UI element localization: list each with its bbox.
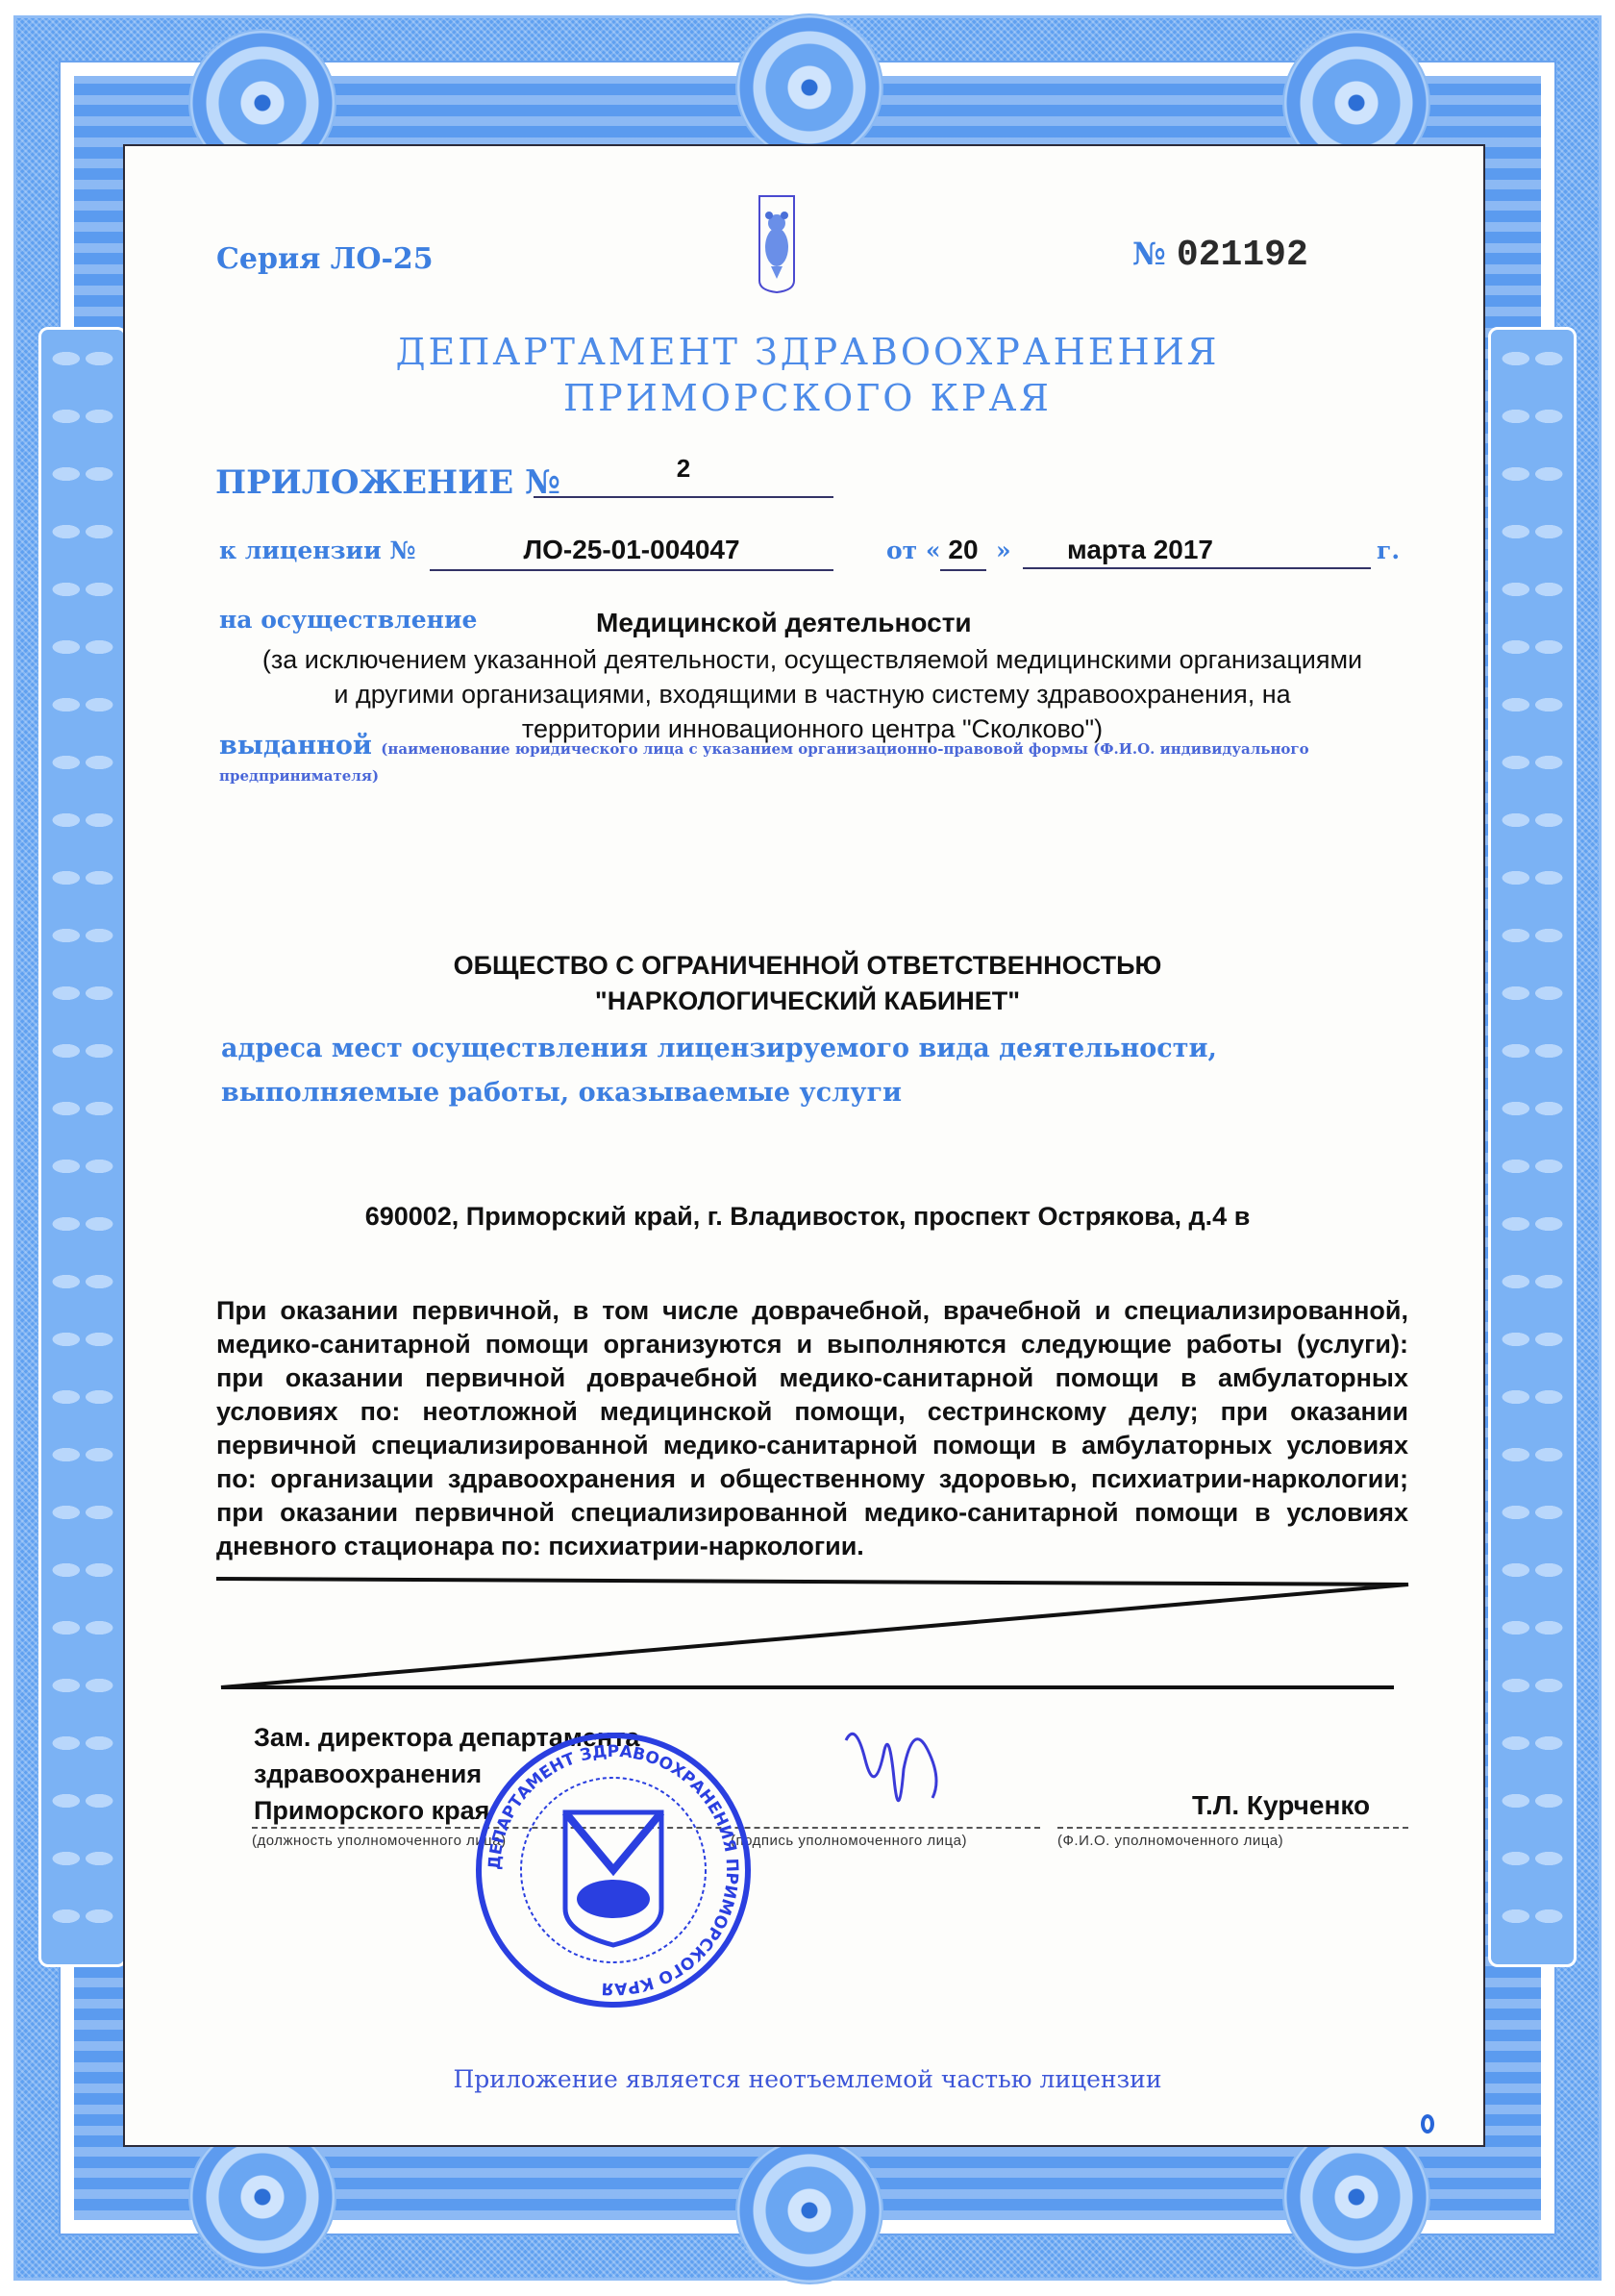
page-mark-icon — [1421, 2114, 1434, 2134]
caption-name: (Ф.И.О. уполномоченного лица) — [1057, 1833, 1283, 1849]
services-description: При оказании первичной, в том числе довр… — [216, 1294, 1408, 1563]
activity-label: на осуществление — [219, 606, 477, 634]
license-label: к лицензии № — [219, 537, 416, 564]
rosette-top-center-icon — [735, 13, 883, 162]
year-suffix: г. — [1377, 537, 1400, 564]
name-underline — [1057, 1827, 1408, 1829]
form-number: № 021192 — [1132, 235, 1308, 276]
right-ornament-panel — [1488, 327, 1577, 1967]
date-mid: » — [996, 537, 1011, 564]
exclusion-line: и другими организациями, входящими в час… — [207, 677, 1418, 711]
license-month-year: марта 2017 — [1023, 535, 1371, 569]
organization-name-line2: "НАРКОЛОГИЧЕСКИЙ КАБИНЕТ" — [0, 983, 1615, 1019]
issued-label: выданной — [219, 731, 372, 761]
caption-signature: (подпись уполномоченного лица) — [731, 1833, 967, 1849]
exclusion-line: (за исключением указанной деятельности, … — [207, 642, 1418, 677]
left-ornament-panel — [38, 327, 127, 1967]
z-strikethrough-lines — [211, 1577, 1413, 1702]
issued-block: выданной (наименование юридического лица… — [219, 731, 1309, 761]
license-day: 20 — [940, 535, 986, 571]
activity-address: 690002, Приморский край, г. Владивосток,… — [0, 1202, 1615, 1232]
appendix-label: ПРИЛОЖЕНИЕ № — [215, 463, 560, 502]
license-number: ЛО-25-01-004047 — [430, 535, 833, 571]
issued-note-continuation: предпринимателя) — [219, 767, 379, 785]
activity-title: Медицинской деятельности — [596, 608, 972, 638]
russian-coat-of-arms-icon — [758, 194, 796, 305]
form-number-value: 021192 — [1177, 235, 1308, 276]
addresses-label: адреса мест осуществления лицензируемого… — [221, 1027, 1413, 1115]
footer-note: Приложение является неотъемлемой частью … — [0, 2065, 1615, 2093]
signatory-name: Т.Л. Курченко — [1192, 1790, 1370, 1821]
issued-note: (наименование юридического лица с указан… — [381, 740, 1308, 758]
date-prefix: от « — [886, 537, 941, 564]
department-title-line1: ДЕПАРТАМЕНТ ЗДРАВООХРАНЕНИЯ — [0, 331, 1615, 373]
series-label: Серия ЛО-25 — [216, 242, 434, 276]
number-sign: № — [1132, 236, 1166, 272]
caption-position: (должность уполномоченного лица) — [252, 1833, 507, 1849]
appendix-number: 2 — [534, 454, 833, 498]
rosette-bottom-center-icon — [735, 2136, 883, 2284]
official-seal-stamp-icon: ДЕПАРТАМЕНТ ЗДРАВООХРАНЕНИЯ ПРИМОРСКОГО … — [469, 1726, 758, 2014]
department-title-line2: ПРИМОРСКОГО КРАЯ — [0, 377, 1615, 419]
organization-name-line1: ОБЩЕСТВО С ОГРАНИЧЕННОЙ ОТВЕТСТВЕННОСТЬЮ — [0, 947, 1615, 984]
handwritten-signature-icon — [836, 1721, 971, 1827]
